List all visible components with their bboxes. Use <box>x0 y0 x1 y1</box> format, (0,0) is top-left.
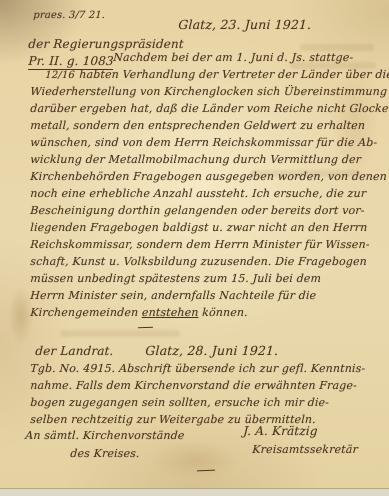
body-line: schaft, Kunst u. Volksbildung zuzusenden… <box>30 255 367 268</box>
address-line: des Kreises. <box>70 447 140 460</box>
address-line: An sämtl. Kirchenvorstände <box>25 429 185 442</box>
scanned-letter: praes. 3/7 21. Glatz, 23. Juni 1921. der… <box>0 0 389 496</box>
file-sub-number: 12/16 <box>45 70 75 81</box>
body-line: wicklung der Metallmobilmachung durch Ve… <box>30 153 361 166</box>
body-line: Reichskommissar, sondern dem Herrn Minis… <box>30 238 370 251</box>
body-line: nahme. Falls dem Kirchenvorstand die erw… <box>30 379 357 392</box>
body-line: Wiederherstellung von Kirchenglocken sic… <box>30 85 387 98</box>
praes-annotation: praes. 3/7 21. <box>33 10 105 21</box>
signature-title: Kreisamtssekretär <box>252 443 358 456</box>
dateline: Glatz, 23. Juni 1921. <box>178 17 312 32</box>
body-line: müssen unbedingt spätestens zum 15. Juli… <box>30 272 321 285</box>
body-line: liegenden Fragebogen baldigst u. zwar ni… <box>30 221 368 234</box>
body-line: bogen zugegangen sein sollten, ersuche i… <box>30 396 329 409</box>
sender-line: der Regierungspräsident <box>28 37 184 51</box>
body-line: habten Verhandlung der Vertreter der Län… <box>79 68 389 81</box>
body-last-suffix: können. <box>198 306 248 319</box>
body-line: darüber ergeben hat, daß die Länder vom … <box>30 102 389 115</box>
body-line: Tgb. No. 4915. Abschrift übersende ich z… <box>30 362 366 375</box>
body-line: noch eine erhebliche Anzahl aussteht. Ic… <box>30 187 367 200</box>
body-line: Nachdem bei der am 1. Juni d. Js. stattg… <box>113 51 354 64</box>
body-line: Bescheinigung dorthin gelangenden oder b… <box>30 204 365 217</box>
body-line: Herrn Minister sein, andernfalls Nachtei… <box>30 289 317 302</box>
body-line-last: Kirchengemeinden entstehen können. <box>30 306 248 319</box>
body-last-underlined-word: entstehen <box>142 306 199 319</box>
landrat-line: der Landrat. <box>35 344 114 358</box>
signature: J. A. Krätzig <box>243 424 318 438</box>
body-line: metall, sondern den entsprechenden Geldw… <box>30 119 365 132</box>
body-line: Kirchenbehörden Fragebogen ausgegeben wo… <box>30 170 387 183</box>
body-line: wünschen, sind von dem Herrn Reichskommi… <box>30 136 378 149</box>
dateline-second: Glatz, 28. Juni 1921. <box>145 343 279 358</box>
body-last-prefix: Kirchengemeinden <box>30 306 142 319</box>
